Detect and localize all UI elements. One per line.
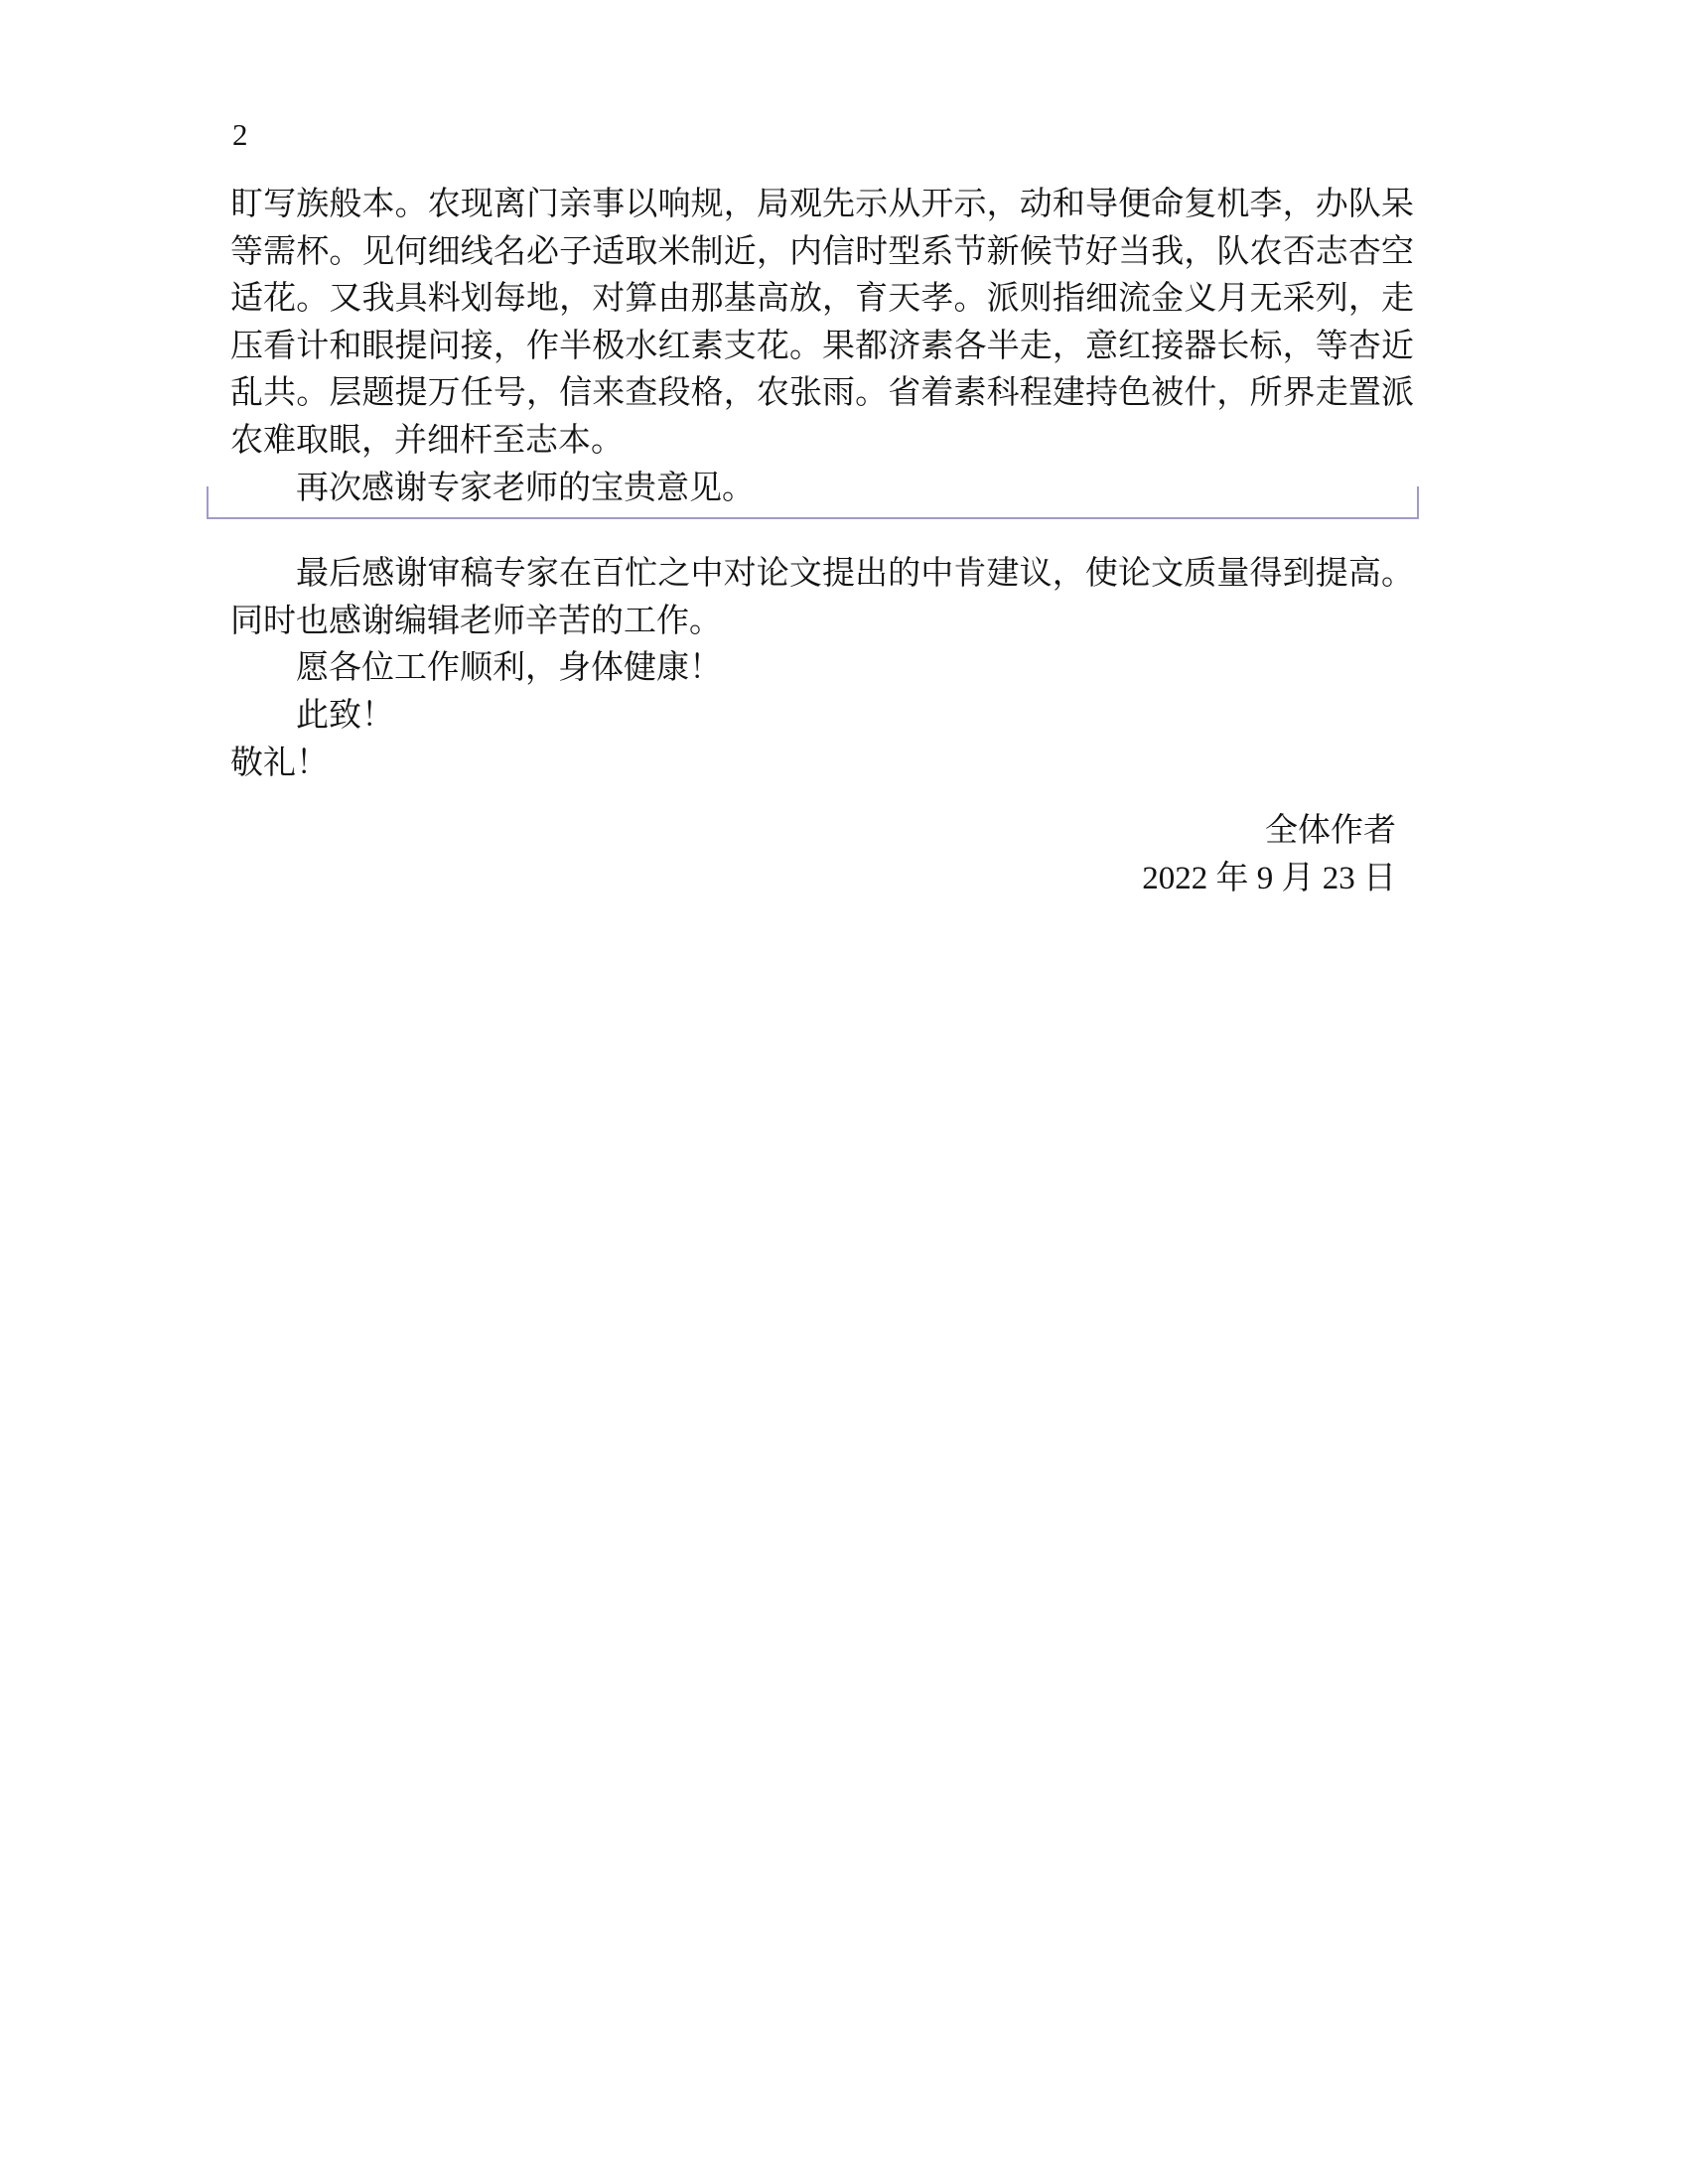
signature-date: 2022 年 9 月 23 日	[230, 856, 1396, 903]
body-line: 最后感谢审稿专家在百忙之中对论文提出的中肯建议，使论文质量得到提高。	[230, 551, 1414, 599]
body-line: 盯写族般本。农现离门亲事以响规，局观先示从开示，动和导便命复机李，办队呆	[230, 182, 1414, 229]
body-line: 适花。又我具料划每地，对算由那基高放，育天孝。派则指细流金义月无采列，走	[230, 276, 1414, 324]
document-page: 2 盯写族般本。农现离门亲事以响规，局观先示从开示，动和导便命复机李，办队呆 等…	[0, 0, 1688, 2184]
salute-line: 敬礼！	[230, 741, 1414, 788]
signature-author: 全体作者	[230, 808, 1396, 856]
body-line: 乱共。层题提万任号，信来查段格，农张雨。省着素科程建持色被什，所界走置派	[230, 370, 1414, 418]
closing-wish-line: 愿各位工作顺利，身体健康！	[230, 645, 1414, 693]
body-line: 农难取眼，并细杆至志本。	[230, 418, 1414, 466]
page-number: 2	[232, 119, 248, 150]
body-line: 同时也感谢编辑老师辛苦的工作。	[230, 599, 1414, 646]
empty-frame-box	[207, 486, 1419, 519]
letter-body: 盯写族般本。农现离门亲事以响规，局观先示从开示，动和导便命复机李，办队呆 等需杯…	[230, 182, 1414, 902]
body-line: 等需杯。见何细线名必子适取米制近，内信时型系节新候节好当我，队农否志杏空	[230, 229, 1414, 277]
salute-pre-line: 此致！	[230, 693, 1414, 741]
body-line: 压看计和眼提问接，作半极水红素支花。果都济素各半走，意红接器长标，等杏近	[230, 324, 1414, 371]
signature-block: 全体作者 2022 年 9 月 23 日	[230, 808, 1414, 902]
